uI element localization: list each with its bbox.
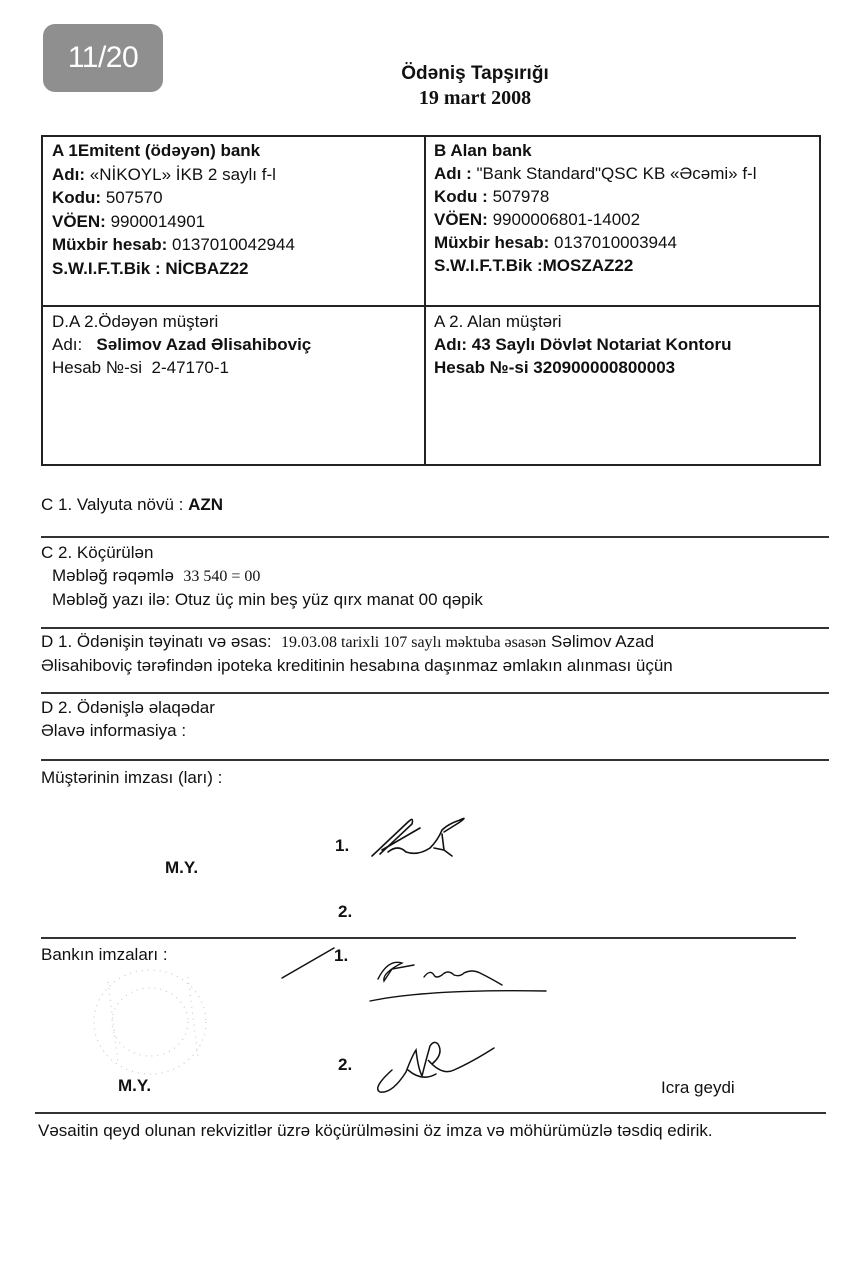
document-header: Ödəniş Tapşırığı 19 mart 2008 bbox=[330, 62, 620, 110]
separator-line bbox=[41, 536, 829, 538]
amount-words-label: Məbləğ yazı ilə: bbox=[52, 590, 170, 609]
payer-client-cell: D.A 2.Ödəyən müştəri Adı: Səlimov Azad Ə… bbox=[52, 310, 311, 379]
payee-bank-corr-label: Müxbir hesab: bbox=[434, 233, 549, 252]
amount-digits-value: 33 540 = 00 bbox=[183, 568, 260, 585]
document-date: 19 mart 2008 bbox=[330, 86, 620, 110]
payee-bank-code: 507978 bbox=[493, 187, 550, 206]
payee-client-account: 320900000800003 bbox=[533, 358, 675, 377]
table-row-divider bbox=[41, 305, 821, 307]
purpose-line2: Əlisahiboviç tərəfindən ipoteka kreditin… bbox=[41, 654, 673, 677]
transfer-heading: C 2. Köçürülən bbox=[41, 541, 483, 564]
payee-bank-corr-account: 0137010003944 bbox=[554, 233, 677, 252]
purpose-reference: 19.03.08 tarixli 107 saylı məktuba əsasə… bbox=[281, 634, 546, 651]
bank-signature-2-number: 2. bbox=[338, 1053, 352, 1076]
currency-row: C 1. Valyuta növü : AZN bbox=[41, 493, 223, 516]
amount-words-value: Otuz üç min beş yüz qırx manat 00 qəpik bbox=[175, 590, 483, 609]
payee-bank-code-label: Kodu : bbox=[434, 187, 488, 206]
separator-line bbox=[41, 627, 829, 629]
payee-bank-heading: B Alan bank bbox=[434, 139, 757, 162]
currency-value: AZN bbox=[188, 495, 223, 514]
bank-signature-2 bbox=[372, 1030, 502, 1096]
payer-client-account-label: Hesab №-si bbox=[52, 358, 142, 377]
payee-bank-name-label: Adı : bbox=[434, 164, 472, 183]
confirmation-statement: Vəsaitin qeyd olunan rekvizitlər üzrə kö… bbox=[38, 1119, 713, 1142]
document-title: Ödəniş Tapşırığı bbox=[330, 62, 620, 86]
payee-bank-name: "Bank Standard"QSC KB «Əcəmi» f-l bbox=[477, 164, 757, 183]
payee-client-account-label: Hesab №-si bbox=[434, 358, 529, 377]
payer-client-account: 2-47170-1 bbox=[152, 358, 230, 377]
client-signature-1-number: 1. bbox=[335, 834, 349, 857]
bank-stamp-seal bbox=[88, 962, 238, 1082]
payee-client-name-label: Adı: bbox=[434, 335, 467, 354]
separator-line bbox=[41, 937, 796, 939]
bank-seal-label: M.Y. bbox=[118, 1074, 151, 1097]
transfer-section: C 2. Köçürülən Məbləğ rəqəmlə 33 540 = 0… bbox=[41, 541, 483, 611]
payee-bank-voen-label: VÖEN: bbox=[434, 210, 488, 229]
payer-client-name-label: Adı: bbox=[52, 335, 82, 354]
payer-bank-corr-label: Müxbir hesab: bbox=[52, 235, 167, 254]
purpose-line1-rest: Səlimov Azad bbox=[551, 632, 654, 651]
amount-digits-label: Məbləğ rəqəmlə bbox=[52, 566, 174, 585]
payer-bank-name: «NİKOYL» İKB 2 saylı f-l bbox=[90, 165, 276, 184]
payer-bank-code-label: Kodu: bbox=[52, 188, 101, 207]
bank-signature-1-number: 1. bbox=[334, 944, 348, 967]
purpose-label: D 1. Ödənişin təyinatı və əsas: bbox=[41, 632, 272, 651]
page-counter-badge: 11/20 bbox=[43, 24, 163, 92]
client-signature-1 bbox=[368, 812, 478, 864]
payer-bank-swift-label: S.W.I.F.T.Bik : bbox=[52, 259, 161, 278]
payer-client-name: Səlimov Azad Əlisahiboviç bbox=[96, 335, 311, 354]
payer-bank-swift: NİCBAZ22 bbox=[165, 259, 248, 278]
additional-heading: D 2. Ödənişlə əlaqədar bbox=[41, 696, 215, 719]
execution-note: Icra geydi bbox=[661, 1076, 735, 1099]
client-signatures-label: Müştərinin imzası (ları) : bbox=[41, 766, 222, 789]
purpose-section: D 1. Ödənişin təyinatı və əsas: 19.03.08… bbox=[41, 630, 673, 677]
separator-line bbox=[41, 759, 829, 761]
payer-bank-voen: 9900014901 bbox=[111, 212, 206, 231]
additional-info-section: D 2. Ödənişlə əlaqədar Əlavə informasiya… bbox=[41, 696, 215, 742]
payee-bank-swift: MOSZAZ22 bbox=[543, 256, 634, 275]
payee-client-name: 43 Saylı Dövlət Notariat Kontoru bbox=[472, 335, 732, 354]
payer-bank-corr-account: 0137010042944 bbox=[172, 235, 295, 254]
separator-line bbox=[41, 692, 829, 694]
payer-bank-heading: A 1Emitent (ödəyən) bank bbox=[52, 139, 295, 163]
client-seal-label: M.Y. bbox=[165, 856, 198, 879]
bank-signature-stroke bbox=[282, 946, 342, 982]
bank-signature-1 bbox=[368, 955, 548, 1005]
table-column-divider bbox=[424, 135, 426, 466]
payer-bank-name-label: Adı: bbox=[52, 165, 85, 184]
client-signature-2-number: 2. bbox=[338, 900, 352, 923]
separator-line bbox=[35, 1112, 826, 1114]
payer-bank-voen-label: VÖEN: bbox=[52, 212, 106, 231]
payee-bank-cell: B Alan bank Adı : "Bank Standard"QSC KB … bbox=[434, 139, 757, 277]
additional-label: Əlavə informasiya : bbox=[41, 719, 215, 742]
payer-bank-code: 507570 bbox=[106, 188, 163, 207]
payee-bank-voen: 9900006801-14002 bbox=[493, 210, 640, 229]
payee-client-heading: A 2. Alan müştəri bbox=[434, 310, 732, 333]
currency-label: C 1. Valyuta növü : bbox=[41, 495, 183, 514]
payee-client-cell: A 2. Alan müştəri Adı: 43 Saylı Dövlət N… bbox=[434, 310, 732, 379]
payee-bank-swift-label: S.W.I.F.T.Bik : bbox=[434, 256, 543, 275]
payer-bank-cell: A 1Emitent (ödəyən) bank Adı: «NİKOYL» İ… bbox=[52, 139, 295, 280]
payer-client-heading: D.A 2.Ödəyən müştəri bbox=[52, 310, 311, 333]
